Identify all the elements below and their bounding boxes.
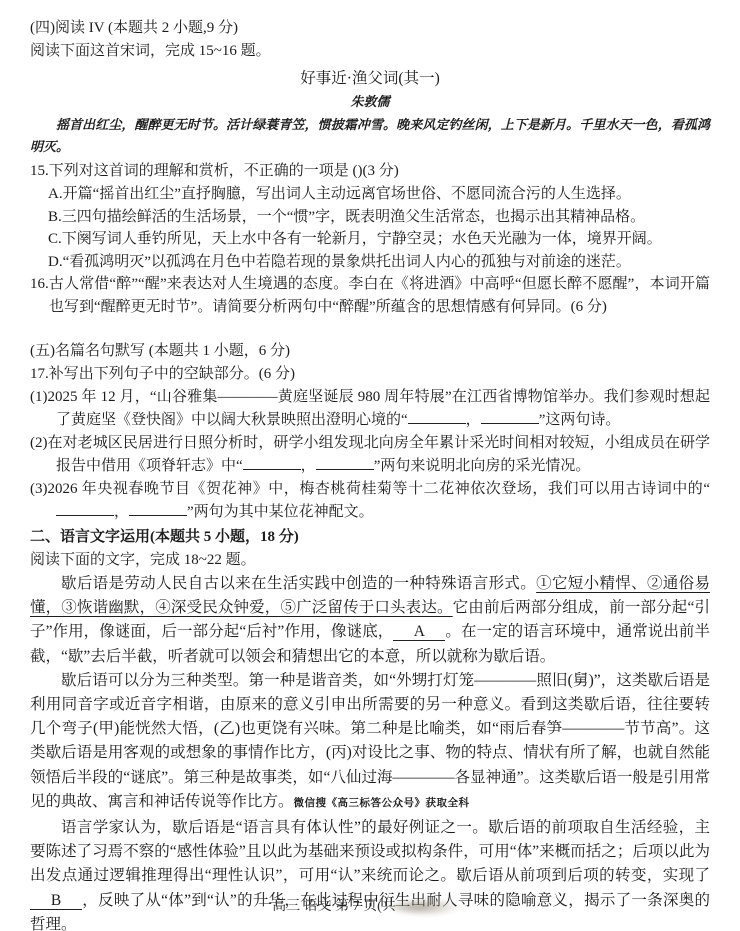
page-footer: 一高三 语文 第 7 页(共: [0, 895, 740, 915]
exam-page: (四)阅读 IV (本题共 2 小题,9 分) 阅读下面这首宋词，完成 15~1…: [0, 0, 740, 931]
answer-blank-a: A: [393, 623, 445, 641]
question-15-option-d: D.“看孤鸿明灭”以孤鸿在月色中若隐若现的景象烘托出词人内心的孤独与对前途的迷茫…: [30, 251, 710, 274]
question-15-stem: 15.下列对这首词的理解和赏析，不正确的一项是 ()(3 分): [30, 160, 710, 183]
para1-seg1: 歇后语是劳动人民自古以来在生活实践中创造的一种特殊语言形式。: [61, 575, 536, 592]
section4-intro: 阅读下面这首宋词，完成 15~16 题。: [30, 40, 710, 63]
question-16-stem: 16.古人常借“醉”“醒”来表达对人生境遇的态度。李白在《将进酒》中高呼“但愿长…: [30, 273, 710, 319]
answer-blank: [56, 513, 114, 516]
question-17-item-1: (1)2025 年 12 月，“山谷雅集————黄庭坚诞辰 980 周年特展”在…: [30, 386, 710, 432]
para2-text: 歇后语可以分为三种类型。第一种是谐音类，如“外甥打灯笼————照旧(舅)”，这类…: [30, 672, 710, 810]
item-2-text-post: ”两句来说明北向房的采光情况。: [374, 458, 591, 474]
passage-paragraph-2: 歇后语可以分为三种类型。第一种是谐音类，如“外甥打灯笼————照旧(舅)”，这类…: [30, 669, 710, 816]
item-1-text-post: ”这两句诗。: [539, 412, 621, 428]
para3-seg1: 语言学家认为，歇后语是“语言具有体认性”的最好例证之一。歇后语的前项取自生活经验…: [30, 819, 710, 884]
answer-blank: [243, 467, 301, 470]
question-17-item-3: (3)2026 年央视春晚节目《贺花神》中，梅杏桃荷桂菊等十二花神依次登场，我们…: [30, 478, 710, 524]
section4-heading: (四)阅读 IV (本题共 2 小题,9 分): [30, 17, 710, 40]
footer-smudge: [392, 899, 482, 915]
answer-blank: [481, 421, 539, 424]
item-2-comma: ，: [301, 458, 316, 474]
watermark-text: 微信搜《高三标答公众号》获取全科: [294, 798, 470, 809]
exam-scan-page: { "section_reading4": { "heading": "(四)阅…: [0, 0, 740, 931]
item-3-comma: ，: [114, 504, 129, 520]
section5-heading: (五)名篇名句默写 (本题共 1 小题，6 分): [30, 340, 710, 363]
poem-title: 好事近·渔父词(其一): [30, 66, 710, 92]
question-15-option-b: B.三四句描绘鲜活的生活场景，一个“惯”字，既表明渔父生活常态，也揭示出其精神品…: [30, 206, 710, 229]
question-17-item-2: (2)在对老城区民居进行日照分析时，研学小组发现北向房全年累计采光时间相对较短，…: [30, 432, 710, 478]
item-1-comma: ，: [466, 412, 481, 428]
footer-text: 一高三 语文 第 7 页(共: [258, 899, 396, 914]
question-17-stem: 17.补写出下列句子中的空缺部分。(6 分): [30, 363, 710, 386]
poem-text: 摇首出红尘，醒醉更无时节。活计绿蓑青笠，惯披霜冲雪。晚来风定钓丝闲，上下是新月。…: [30, 114, 710, 158]
answer-blank: [129, 513, 187, 516]
poem-author: 朱敦儒: [30, 92, 710, 112]
question-15-option-c: C.下阕写词人垂钓所见，天上水中各有一轮新月，宁静空灵；水色天光融为一体，境界开…: [30, 228, 710, 251]
item-3-text-post: ”两句为其中某位花神配文。: [187, 504, 374, 520]
section2-intro: 阅读下面的文字，完成 18~22 题。: [30, 549, 710, 572]
passage-paragraph-1: 歇后语是劳动人民自古以来在生活实践中创造的一种特殊语言形式。①它短小精悍、②通俗…: [30, 572, 710, 669]
section2-heading: 二、语言文字运用(本题共 5 小题，18 分): [30, 526, 710, 549]
question-15-option-a: A.开篇“摇首出红尘”直抒胸臆，写出词人主动远离官场世俗、不愿同流合污的人生选择…: [30, 183, 710, 206]
answer-blank: [316, 467, 374, 470]
item-3-text-pre: (3)2026 年央视春晚节目《贺花神》中，梅杏桃荷桂菊等十二花神依次登场，我们…: [30, 481, 710, 497]
answer-blank: [408, 421, 466, 424]
